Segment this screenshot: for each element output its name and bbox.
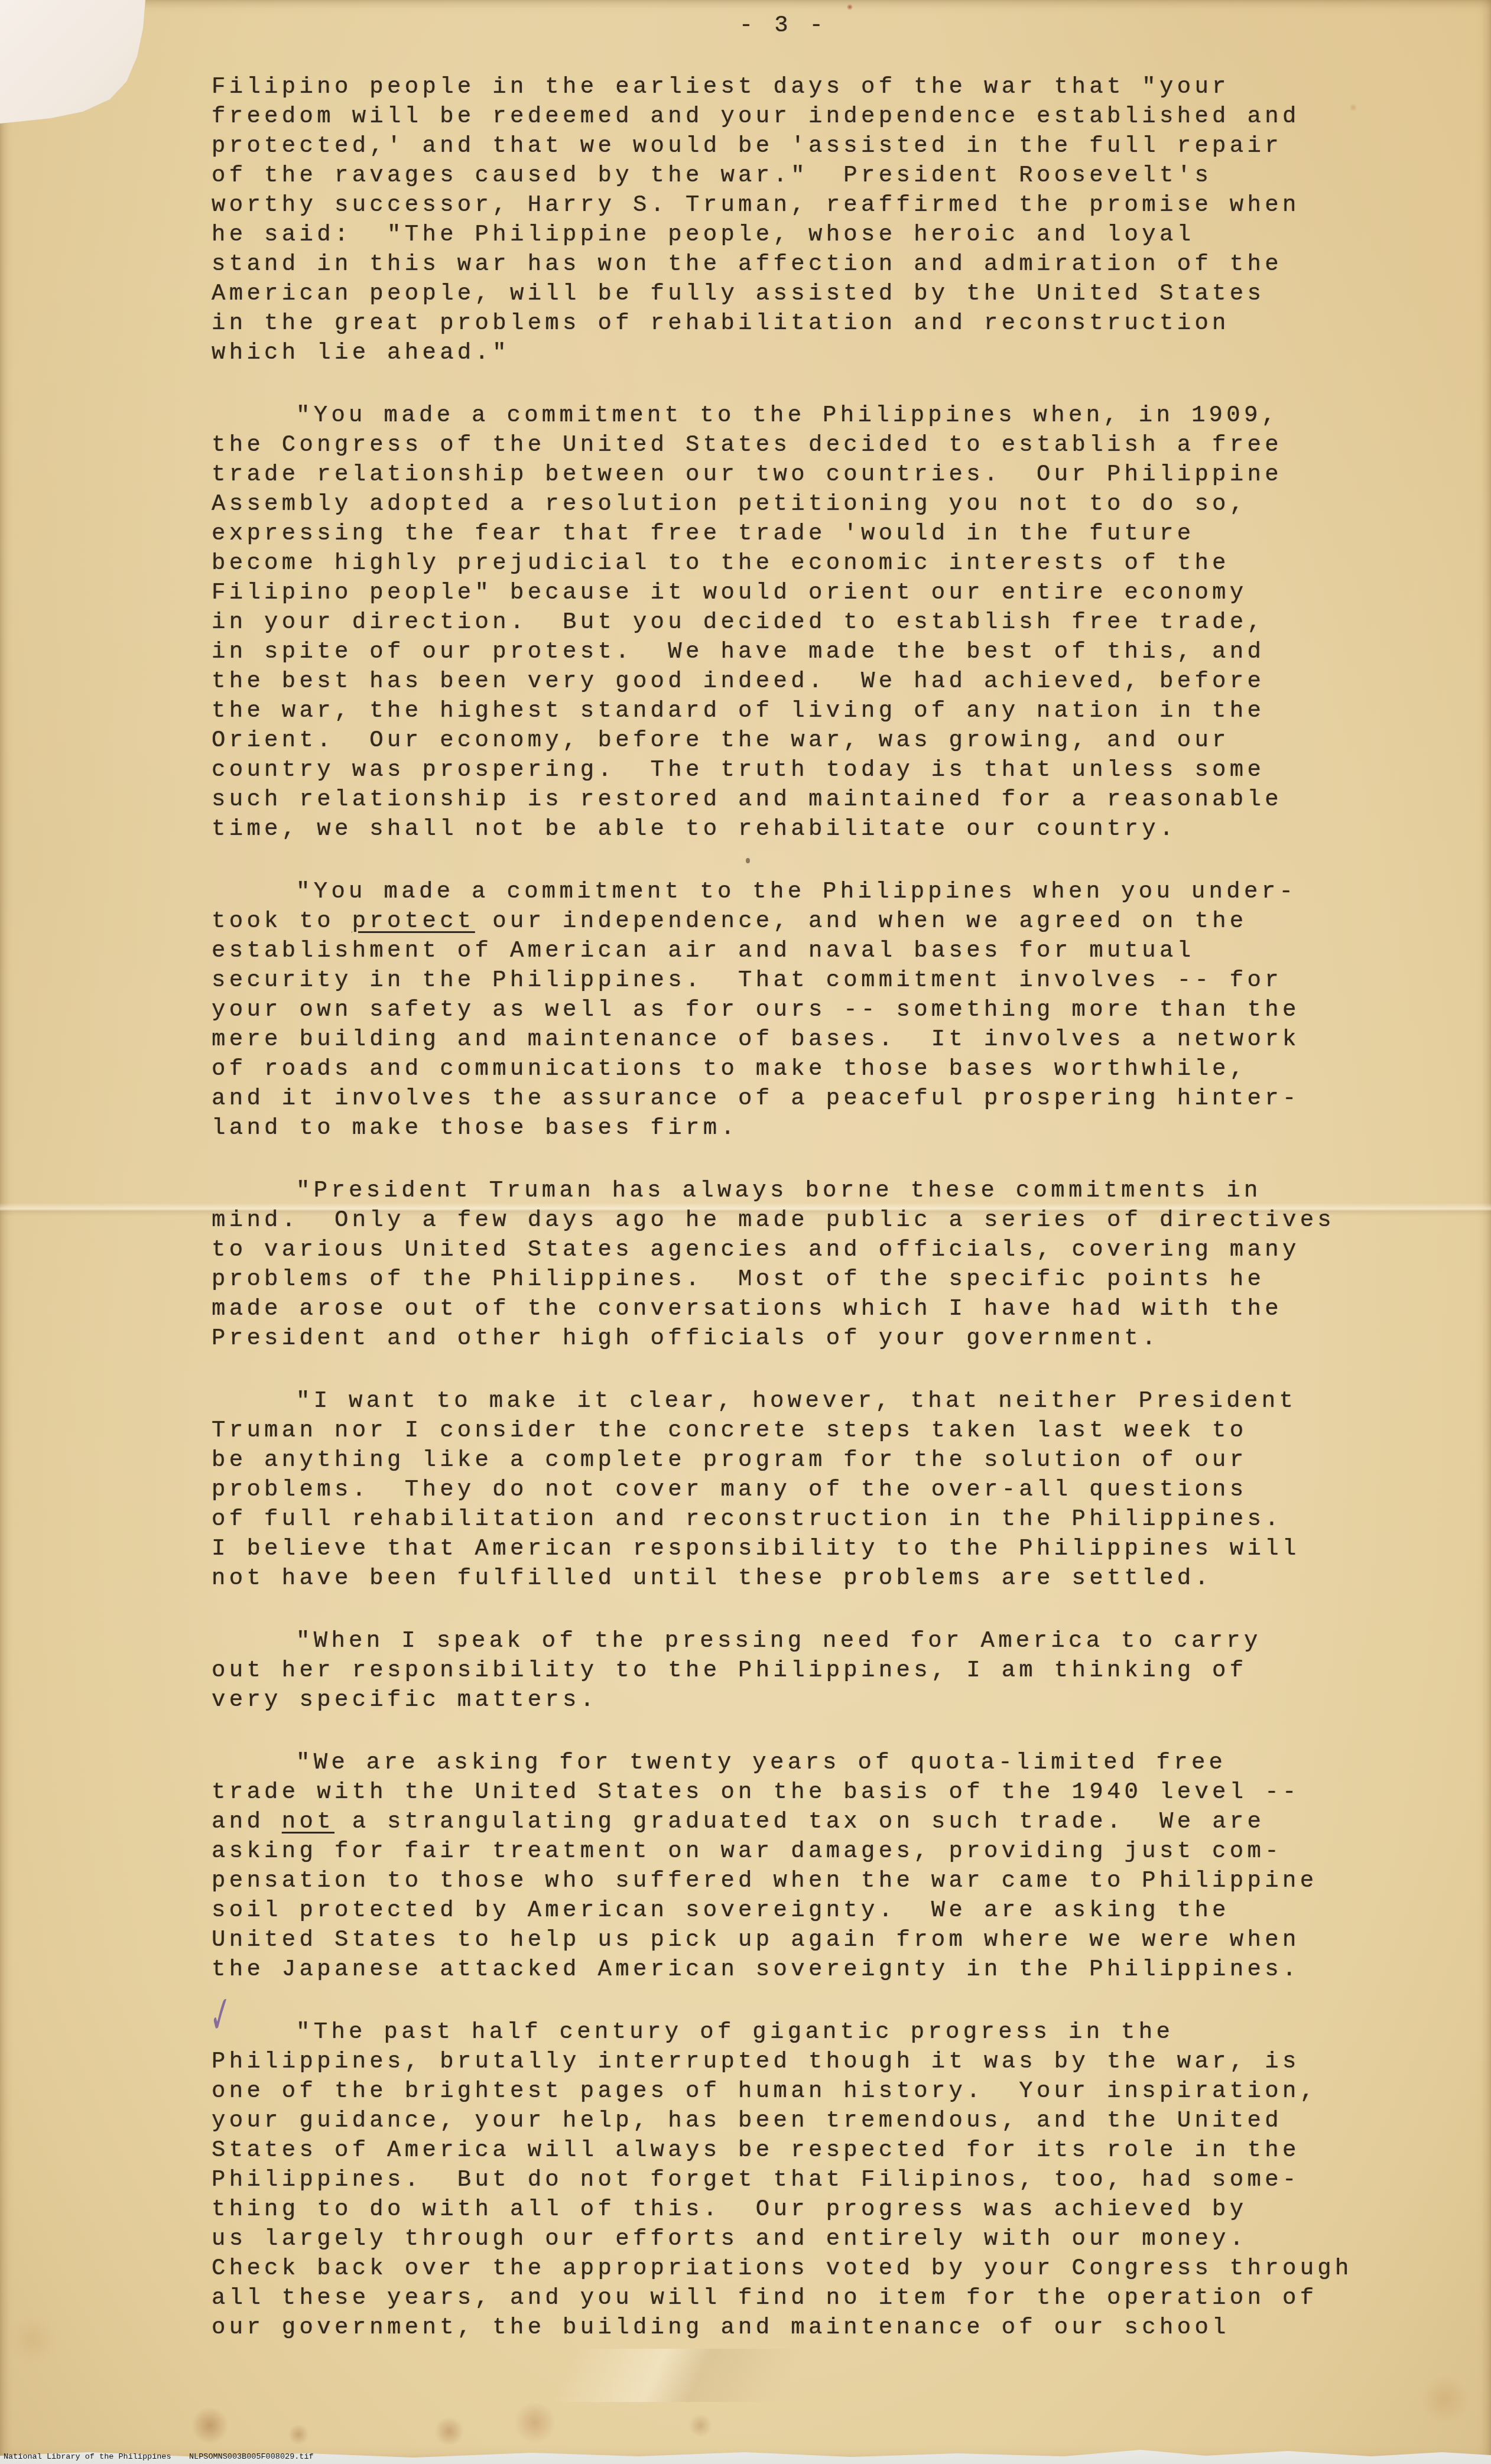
footer-filename-label: NLPSOMNS003B005F008029.tif [189, 2453, 314, 2462]
document-scan: - 3 - Filipino people in the earliest da… [0, 0, 1491, 2464]
document-text: Filipino people in the earliest days of … [212, 72, 1388, 2375]
paragraph: "When I speak of the pressing need for A… [212, 1626, 1388, 1715]
paragraph: Filipino people in the earliest days of … [212, 72, 1388, 368]
paragraph: "You made a commitment to the Philippine… [212, 401, 1388, 844]
paragraph: "I want to make it clear, however, that … [212, 1386, 1388, 1593]
paragraph: "The past half century of gigantic progr… [212, 2017, 1388, 2342]
footer-library-label: National Library of the Philippines [4, 2453, 171, 2462]
stray-ink-dot [746, 858, 750, 863]
page-number: - 3 - [724, 11, 842, 40]
margin-checkmark-annotation: ✓ [208, 1987, 233, 2043]
paragraph: "President Truman has always borne these… [212, 1176, 1388, 1353]
paper-sheet: - 3 - Filipino people in the earliest da… [0, 0, 1491, 2464]
paragraph: "We are asking for twenty years of quota… [212, 1748, 1388, 1984]
paragraph: "You made a commitment to the Philippine… [212, 877, 1388, 1143]
